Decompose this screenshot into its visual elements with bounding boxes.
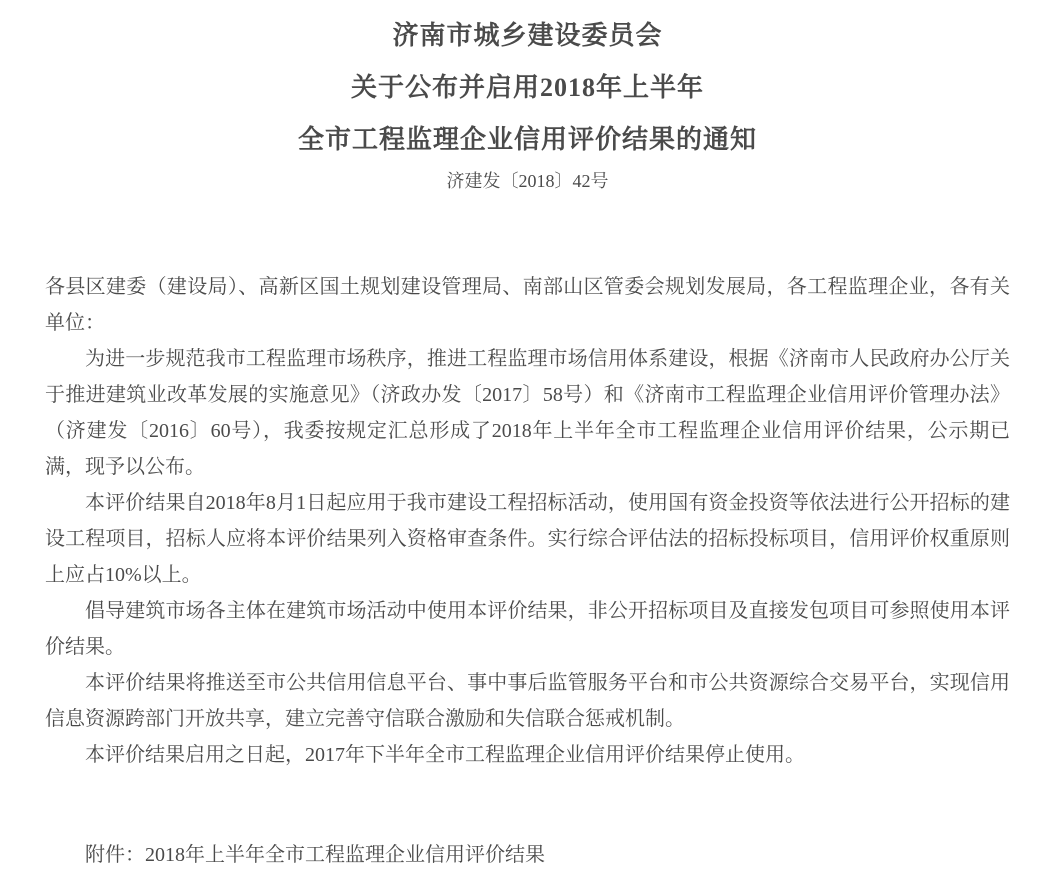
body-paragraph-5: 本评价结果启用之日起，2017年下半年全市工程监理企业信用评价结果停止使用。 [45, 737, 1010, 773]
body-paragraph-4: 本评价结果将推送至市公共信用信息平台、事中事后监管服务平台和市公共资源综合交易平… [45, 665, 1010, 737]
salutation-line: 各县区建委（建设局）、高新区国土规划建设管理局、南部山区管委会规划发展局，各工程… [45, 269, 1010, 341]
body-paragraph-2: 本评价结果自2018年8月1日起应用于我市建设工程招标活动，使用国有资金投资等依… [45, 485, 1010, 593]
title-line-1: 济南市城乡建设委员会 [45, 10, 1010, 62]
title-line-2: 关于公布并启用2018年上半年 [45, 62, 1010, 114]
document-page: 济南市城乡建设委员会 关于公布并启用2018年上半年 全市工程监理企业信用评价结… [0, 0, 1055, 883]
body-paragraph-3: 倡导建筑市场各主体在建筑市场活动中使用本评价结果，非公开招标项目及直接发包项目可… [45, 593, 1010, 665]
document-number: 济建发〔2018〕42号 [45, 166, 1010, 196]
document-body: 各县区建委（建设局）、高新区国土规划建设管理局、南部山区管委会规划发展局，各工程… [45, 269, 1010, 873]
attachment-line: 附件：2018年上半年全市工程监理企业信用评价结果 [45, 837, 1010, 873]
body-paragraph-1: 为进一步规范我市工程监理市场秩序，推进工程监理市场信用体系建设，根据《济南市人民… [45, 341, 1010, 485]
title-line-3: 全市工程监理企业信用评价结果的通知 [45, 114, 1010, 166]
document-title: 济南市城乡建设委员会 关于公布并启用2018年上半年 全市工程监理企业信用评价结… [45, 10, 1010, 166]
